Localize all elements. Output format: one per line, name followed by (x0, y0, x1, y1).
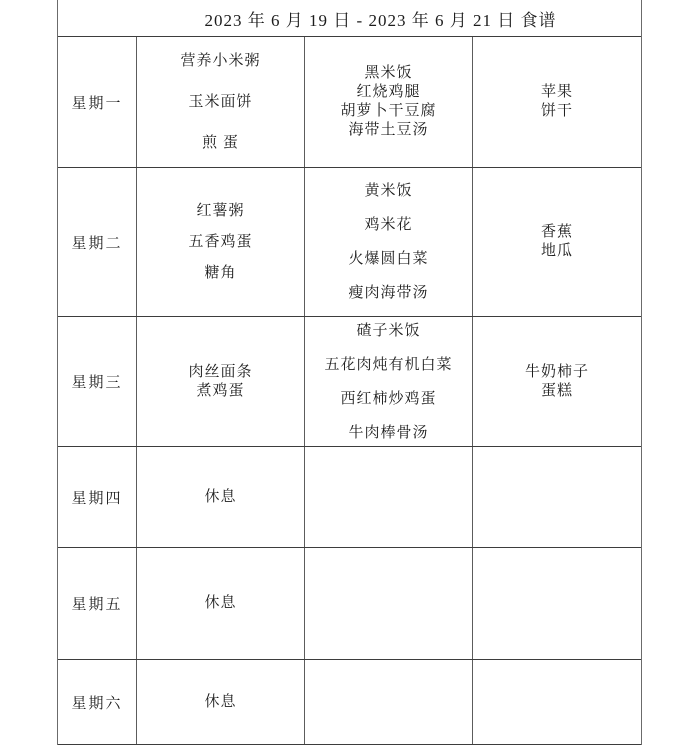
table-row-tuesday: 星期二 红薯粥 五香鸡蛋 糖角 黄米饭 鸡米花 火爆圆白菜 瘦肉海带汤 香蕉 地… (58, 168, 641, 317)
meal-cell-3: 香蕉 地瓜 (473, 168, 641, 316)
day-cell: 星期二 (58, 168, 137, 316)
menu-item: 饼干 (541, 102, 573, 121)
meal-cell-2: 碴子米饭 五花肉炖有机白菜 西红柿炒鸡蛋 牛肉棒骨汤 (305, 317, 473, 446)
table-row-friday: 星期五 休息 (58, 548, 641, 660)
table-row-saturday: 星期六 休息 (58, 660, 641, 745)
meal-cell-1: 红薯粥 五香鸡蛋 糖角 (137, 168, 305, 316)
menu-item: 瘦肉海带汤 (348, 276, 428, 310)
empty-cell (473, 447, 641, 547)
menu-item: 碴子米饭 (356, 317, 420, 348)
document-page: 2023 年 6 月 19 日 - 2023 年 6 月 21 日 食谱 星期一… (0, 0, 700, 753)
meal-cell-3: 牛奶柿子 蛋糕 (473, 317, 641, 446)
meal-cell-2: 黑米饭 红烧鸡腿 胡萝卜干豆腐 海带土豆汤 (305, 37, 473, 167)
table-title: 2023 年 6 月 19 日 - 2023 年 6 月 21 日 食谱 (205, 6, 557, 31)
meal-cell-1: 营养小米粥 玉米面饼 煎 蛋 (137, 37, 305, 167)
meal-cell-2: 黄米饭 鸡米花 火爆圆白菜 瘦肉海带汤 (305, 168, 473, 316)
menu-item: 西红柿炒鸡蛋 (340, 382, 436, 416)
menu-item: 黑米饭 (364, 64, 412, 83)
rest-label: 休息 (204, 693, 236, 712)
day-label: 星期五 (71, 593, 122, 614)
menu-item: 牛奶柿子 (525, 363, 589, 382)
day-label: 星期六 (71, 692, 122, 713)
day-label: 星期四 (71, 487, 122, 508)
menu-item: 蛋糕 (541, 382, 573, 401)
day-cell: 星期一 (58, 37, 137, 167)
menu-item: 煮鸡蛋 (196, 382, 244, 401)
rest-label: 休息 (204, 594, 236, 613)
day-label: 星期三 (71, 371, 122, 392)
meal-cell-1: 休息 (137, 660, 305, 744)
table-row-wednesday: 星期三 肉丝面条 煮鸡蛋 碴子米饭 五花肉炖有机白菜 西红柿炒鸡蛋 牛肉棒骨汤 … (58, 317, 641, 447)
empty-cell (305, 548, 473, 659)
day-cell: 星期四 (58, 447, 137, 547)
empty-cell (473, 660, 641, 744)
meal-cell-1: 肉丝面条 煮鸡蛋 (137, 317, 305, 446)
menu-item: 牛肉棒骨汤 (348, 416, 428, 447)
table-row-monday: 星期一 营养小米粥 玉米面饼 煎 蛋 黑米饭 红烧鸡腿 胡萝卜干豆腐 海带土豆汤… (58, 37, 641, 168)
day-label: 星期二 (71, 232, 122, 253)
menu-table: 2023 年 6 月 19 日 - 2023 年 6 月 21 日 食谱 星期一… (57, 0, 642, 745)
menu-item: 五香鸡蛋 (188, 227, 252, 258)
day-cell: 星期三 (58, 317, 137, 446)
menu-item: 煎 蛋 (202, 123, 239, 164)
menu-item: 肉丝面条 (188, 363, 252, 382)
table-row-thursday: 星期四 休息 (58, 447, 641, 548)
day-cell: 星期五 (58, 548, 137, 659)
meal-cell-3: 苹果 饼干 (473, 37, 641, 167)
menu-item: 红烧鸡腿 (356, 83, 420, 102)
menu-item: 糖角 (204, 258, 236, 289)
menu-item: 香蕉 (541, 223, 573, 242)
menu-item: 玉米面饼 (188, 82, 252, 123)
table-title-row: 2023 年 6 月 19 日 - 2023 年 6 月 21 日 食谱 (58, 0, 641, 37)
menu-item: 黄米饭 (364, 174, 412, 208)
day-cell: 星期六 (58, 660, 137, 744)
menu-item: 鸡米花 (364, 208, 412, 242)
empty-cell (305, 660, 473, 744)
menu-item: 苹果 (541, 83, 573, 102)
menu-item: 海带土豆汤 (348, 121, 428, 140)
day-label: 星期一 (71, 92, 122, 113)
empty-cell (473, 548, 641, 659)
menu-item: 地瓜 (541, 242, 573, 261)
menu-item: 五花肉炖有机白菜 (324, 348, 452, 382)
menu-item: 营养小米粥 (180, 41, 260, 82)
menu-item: 胡萝卜干豆腐 (340, 102, 436, 121)
rest-label: 休息 (204, 488, 236, 507)
meal-cell-1: 休息 (137, 548, 305, 659)
empty-cell (305, 447, 473, 547)
meal-cell-1: 休息 (137, 447, 305, 547)
menu-item: 火爆圆白菜 (348, 242, 428, 276)
menu-item: 红薯粥 (196, 196, 244, 227)
